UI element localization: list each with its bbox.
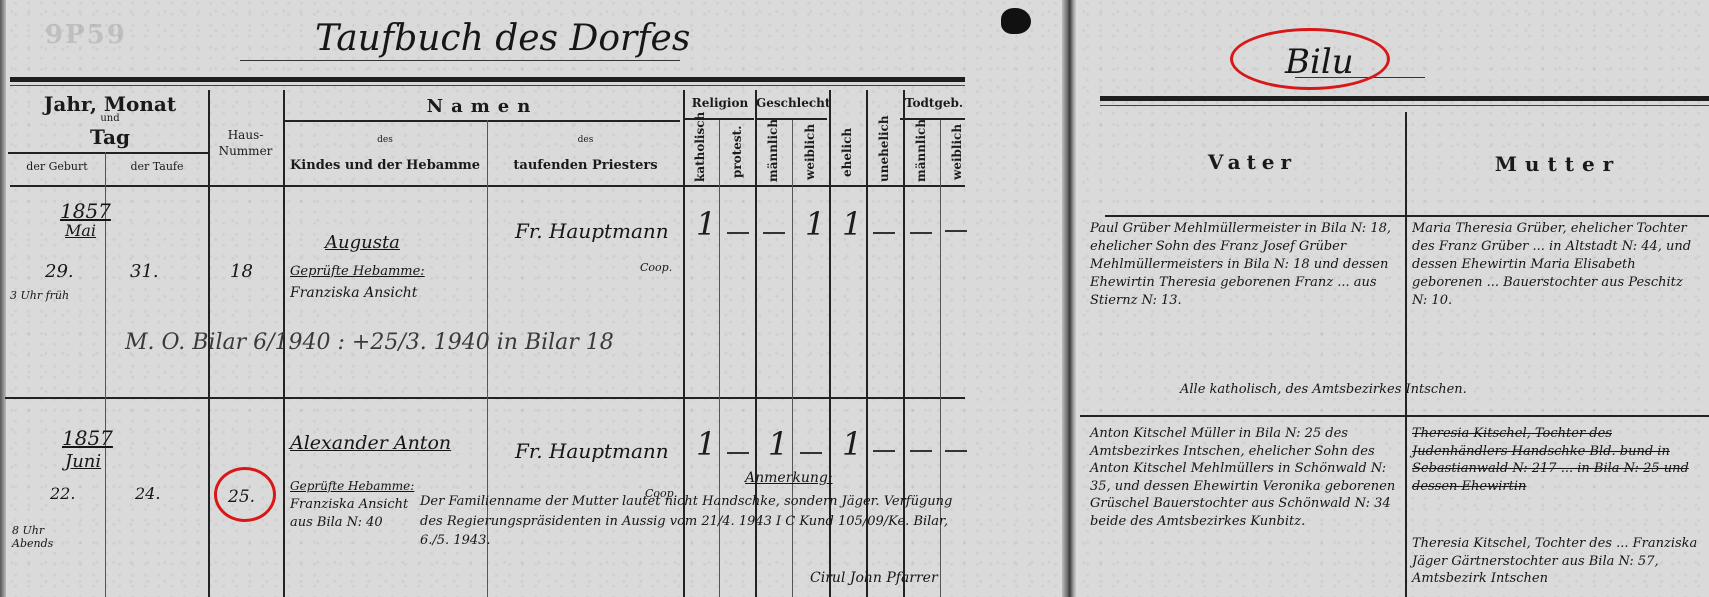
entry-month: Mai bbox=[65, 222, 96, 240]
right-table-top-rule bbox=[1100, 96, 1709, 101]
header-sex: Geschlecht bbox=[756, 96, 830, 110]
entry-midwife-label: Geprüfte Hebamme: bbox=[290, 265, 425, 280]
entry-annotation-signature: Cirul John Pfarrer bbox=[810, 570, 938, 586]
entry-child-name: Alexander Anton bbox=[290, 433, 451, 455]
entry-father: Anton Kitschel Müller in Bila N: 25 des … bbox=[1090, 425, 1400, 530]
entry-midwife: Franziska Ansicht bbox=[290, 498, 408, 513]
mark-stillborn-female-dash bbox=[945, 450, 967, 452]
entry-annotation: Der Familienname der Mutter lautet nicht… bbox=[420, 492, 965, 551]
stillborn-subheader-rule bbox=[900, 118, 965, 120]
date-subheader-rule bbox=[8, 152, 208, 154]
entry-priest-title: Coop. bbox=[640, 262, 672, 275]
header-male: männlich bbox=[766, 122, 780, 182]
entry-year: 1857 bbox=[60, 200, 111, 223]
header-stillborn: Todtgeb. bbox=[903, 96, 965, 110]
entry-month: Juni bbox=[65, 452, 101, 473]
entry-father: Paul Grüber Mehlmüllermeister in Bila N:… bbox=[1090, 220, 1400, 310]
header-mother: Mutter bbox=[1407, 152, 1709, 176]
entry-priest: Fr. Hauptmann bbox=[515, 220, 669, 243]
mark-stillborn-female-dash bbox=[945, 230, 967, 232]
header-religion: Religion bbox=[684, 96, 756, 110]
header-protestant: protest. bbox=[730, 122, 744, 182]
entry-annotation-label: Anmerkung: bbox=[745, 470, 833, 486]
mark-protestant-dash bbox=[727, 232, 749, 234]
mark-legitimate: 1 bbox=[842, 425, 862, 463]
entry-midwife: Franziska Ansicht bbox=[290, 285, 417, 301]
right-header-bottom-rule bbox=[1105, 215, 1709, 217]
entry-birth-time: 3 Uhr früh bbox=[10, 290, 70, 303]
header-child-des: des bbox=[285, 135, 485, 145]
title-underline bbox=[240, 60, 680, 61]
entry-midwife-label: Geprüfte Hebamme: bbox=[290, 480, 414, 494]
header-birth: der Geburt bbox=[8, 160, 106, 173]
entry-birth-day: 29. bbox=[45, 262, 74, 283]
entry-baptism-day: 31. bbox=[130, 262, 159, 283]
header-house-2: Nummer bbox=[208, 144, 283, 158]
entry-birth-day: 22. bbox=[50, 485, 75, 503]
house-number-highlight-circle bbox=[214, 467, 276, 522]
header-house-1: Haus- bbox=[208, 128, 283, 142]
row-divider bbox=[5, 397, 965, 399]
faded-stamp: 9P59 bbox=[45, 20, 127, 50]
header-child-midwife: Kindes und der Hebamme bbox=[285, 158, 485, 173]
right-col-divider bbox=[1405, 112, 1407, 597]
entry-baptism-day: 24. bbox=[135, 485, 160, 503]
mark-catholic: 1 bbox=[696, 425, 716, 463]
entry-mother: Theresia Kitschel, Tochter des ... Franz… bbox=[1412, 535, 1702, 588]
header-legitimate: ehelich bbox=[840, 122, 854, 182]
entry-midwife-address: aus Bila N: 40 bbox=[290, 516, 383, 531]
book-edge bbox=[0, 0, 6, 597]
village-highlight-oval bbox=[1230, 28, 1390, 90]
entry-year: 1857 bbox=[62, 427, 113, 450]
header-catholic: katholisch bbox=[693, 122, 707, 182]
table-top-rule bbox=[10, 77, 965, 82]
mark-protestant-dash bbox=[727, 452, 749, 454]
header-names: Namen bbox=[285, 96, 680, 117]
entry-mother-struck-text: Theresia Kitschel, Tochter des Judenhänd… bbox=[1412, 425, 1702, 495]
mark-male-dash bbox=[763, 232, 785, 234]
header-stillborn-male: männlich bbox=[914, 122, 928, 182]
header-father: Vater bbox=[1100, 150, 1405, 174]
mark-female: 1 bbox=[805, 205, 825, 243]
header-illegitimate: unehelich bbox=[877, 122, 891, 182]
entry-child-name: Augusta bbox=[325, 233, 400, 254]
mark-illegitimate-dash bbox=[873, 232, 895, 234]
mark-illegitimate-dash bbox=[873, 450, 895, 452]
header-date-day: Tag bbox=[15, 125, 205, 149]
ink-blot bbox=[1001, 8, 1031, 34]
register-title: Taufbuch des Dorfes bbox=[315, 18, 690, 59]
entry-mother: Maria Theresia Grüber, ehelicher Tochter… bbox=[1412, 220, 1702, 310]
book-gutter bbox=[1062, 0, 1076, 597]
mark-stillborn-male-dash bbox=[910, 450, 932, 452]
right-table-top-rule-2 bbox=[1100, 105, 1709, 106]
names-subheader-rule bbox=[285, 120, 680, 122]
mark-catholic: 1 bbox=[696, 205, 716, 243]
entry-birth-time: 8 Uhr Abends bbox=[12, 525, 72, 550]
mark-stillborn-male-dash bbox=[910, 232, 932, 234]
entry-priest: Fr. Hauptmann bbox=[515, 440, 669, 463]
header-priest-des: des bbox=[488, 135, 683, 145]
header-stillborn-female: weiblich bbox=[950, 122, 964, 182]
mark-legitimate: 1 bbox=[842, 205, 862, 243]
header-baptism: der Taufe bbox=[106, 160, 208, 173]
header-date-und: und bbox=[15, 113, 205, 124]
mark-male: 1 bbox=[768, 425, 788, 463]
entry-annotation: M. O. Bilar 6/1940 : +25/3. 1940 in Bila… bbox=[125, 330, 614, 355]
table-top-rule-2 bbox=[10, 85, 965, 86]
mark-female-dash bbox=[800, 452, 822, 454]
entry-house-number: 18 bbox=[230, 262, 253, 283]
right-row-divider bbox=[1080, 415, 1709, 417]
header-priest: taufenden Priesters bbox=[488, 158, 683, 173]
header-female: weiblich bbox=[803, 122, 817, 182]
entry-religion-note: Alle katholisch, des Amtsbezirkes Intsch… bbox=[1180, 383, 1480, 398]
